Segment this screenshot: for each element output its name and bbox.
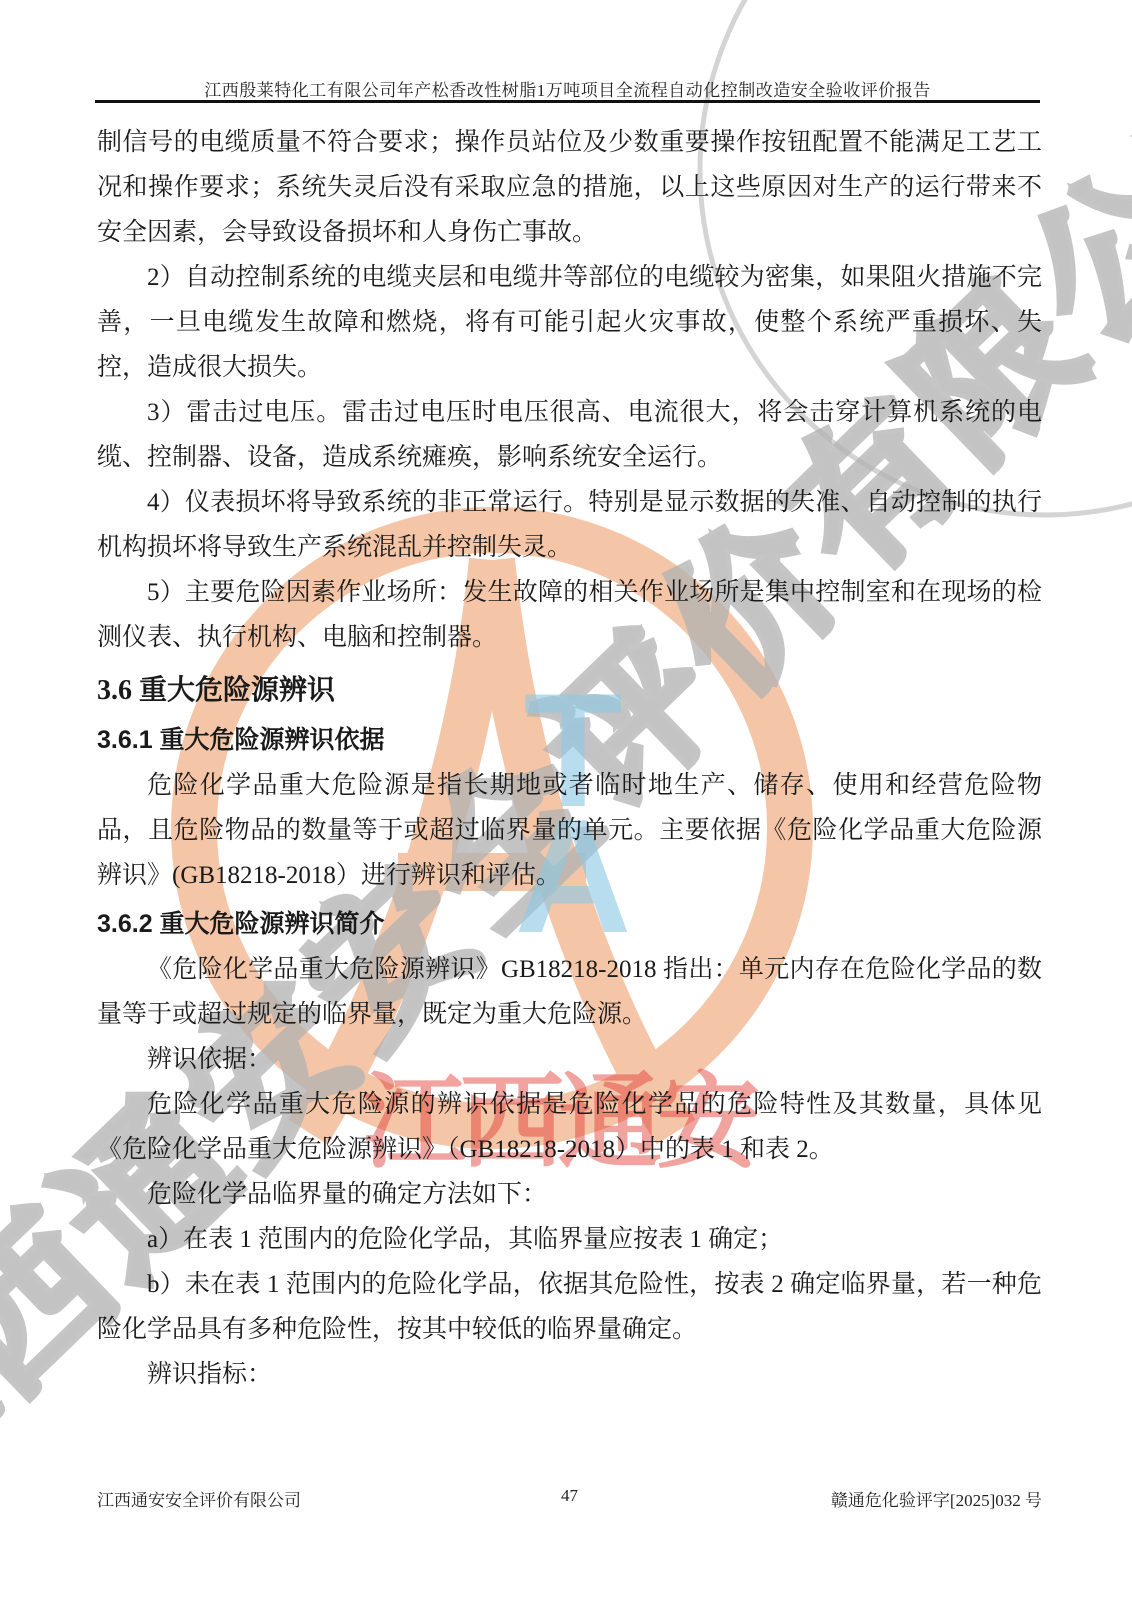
section-heading: 3.6 重大危险源辨识 bbox=[97, 668, 1042, 714]
document-page: 江西通安安全评价有限公司 T A 江西通安 江西殷莱特化工有限公司年产松香改性树… bbox=[0, 0, 1132, 1600]
document-body: 制信号的电缆质量不符合要求；操作员站位及少数重要操作按钮配置不能满足工艺工况和操… bbox=[97, 0, 1042, 1397]
paragraph: 辨识指标： bbox=[97, 1352, 1042, 1397]
paragraph: 危险化学品重大危险源是指长期地或者临时地生产、储存、使用和经营危险物品，且危险物… bbox=[97, 763, 1042, 898]
paragraph: 5）主要危险因素作业场所：发生故障的相关作业场所是集中控制室和在现场的检测仪表、… bbox=[97, 570, 1042, 660]
footer-company: 江西通安安全评价有限公司 bbox=[97, 1486, 301, 1511]
paragraph: 3）雷击过电压。雷击过电压时电压很高、电流很大，将会击穿计算机系统的电缆、控制器… bbox=[97, 390, 1042, 480]
section-heading: 3.6.2 重大危险源辨识简介 bbox=[97, 902, 1042, 947]
paragraph: 危险化学品临界量的确定方法如下： bbox=[97, 1172, 1042, 1217]
paragraph: 《危险化学品重大危险源辨识》GB18218-2018 指出：单元内存在危险化学品… bbox=[97, 947, 1042, 1037]
paragraph: 制信号的电缆质量不符合要求；操作员站位及少数重要操作按钮配置不能满足工艺工况和操… bbox=[97, 120, 1042, 255]
section-heading: 3.6.1 重大危险源辨识依据 bbox=[97, 718, 1042, 763]
page-footer: 47 江西通安安全评价有限公司 赣通危化验评字[2025]032 号 bbox=[97, 1486, 1042, 1511]
paragraph: 2）自动控制系统的电缆夹层和电缆井等部位的电缆较为密集，如果阻火措施不完善，一旦… bbox=[97, 255, 1042, 390]
paragraph: a）在表 1 范围内的危险化学品，其临界量应按表 1 确定； bbox=[97, 1217, 1042, 1262]
paragraph: b）未在表 1 范围内的危险化学品，依据其危险性，按表 2 确定临界量，若一种危… bbox=[97, 1262, 1042, 1352]
footer-doc-number: 赣通危化验评字[2025]032 号 bbox=[831, 1486, 1042, 1511]
paragraph: 4）仪表损坏将导致系统的非正常运行。特别是显示数据的失准、自动控制的执行机构损坏… bbox=[97, 480, 1042, 570]
paragraph: 危险化学品重大危险源的辨识依据是危险化学品的危险特性及其数量，具体见《危险化学品… bbox=[97, 1082, 1042, 1172]
paragraph: 辨识依据： bbox=[97, 1037, 1042, 1082]
